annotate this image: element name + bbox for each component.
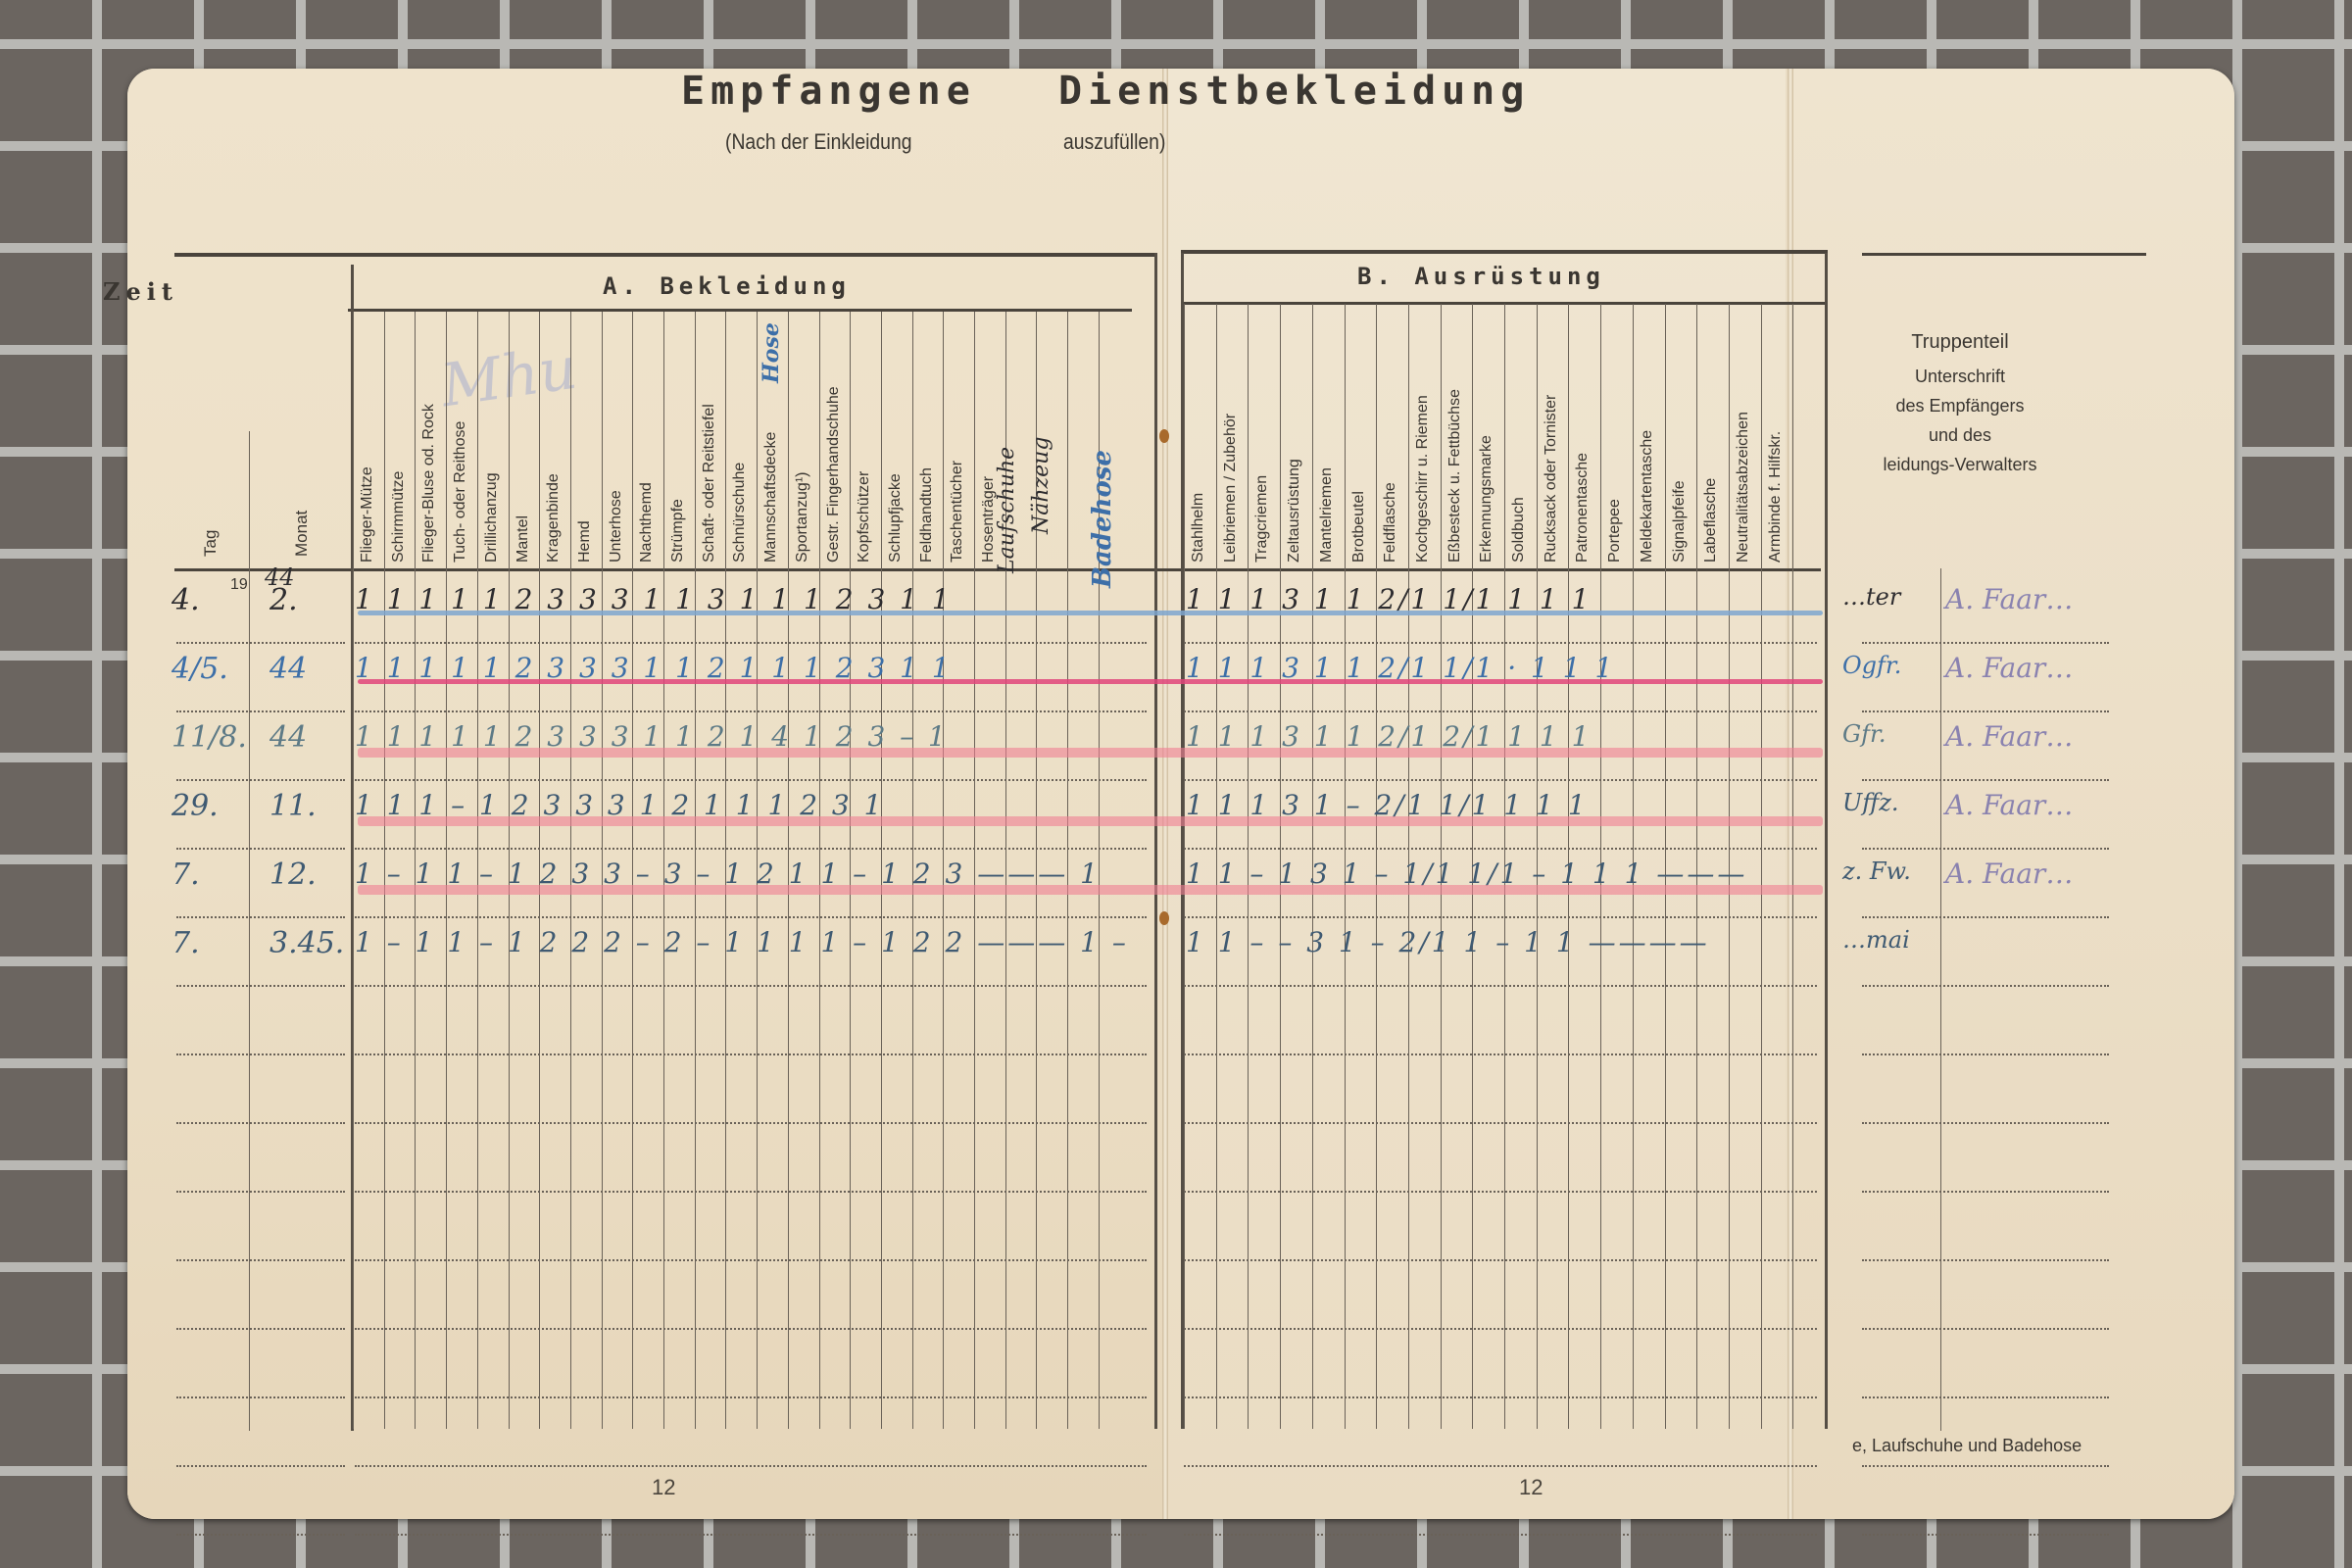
column-header-a: Feldhandtuch [918,467,936,563]
column-header-b: Signalpfeife [1671,480,1689,563]
dotted-rule [176,848,345,850]
entry-tag: 7. [171,857,200,892]
footnote: e, Laufschuhe und Badehose [1852,1436,2082,1456]
verwalter-label: leidungs-Verwalters [1837,450,2082,479]
column-header-a: Sportanzug¹) [794,472,811,563]
table-top-rule-left [174,253,1154,257]
handwritten-hose: Hose [759,322,784,383]
section-b-right-border [1825,253,1828,1429]
dotted-rule [355,779,1147,781]
entry-truppenteil: …mai [1842,926,1910,954]
tag-header: Tag [201,530,220,557]
column-header-a: Kopfschützer [856,471,873,563]
column-header-b: Meldekartentasche [1639,430,1656,563]
entry-monat: 44 [269,720,307,755]
entry-signature: A. Faar… [1945,720,2073,753]
column-header-b: Soldbuch [1510,497,1528,563]
table-top-rule-right [1181,250,1828,254]
entry-truppenteil: Ogfr. [1842,652,1901,679]
dotted-rule [176,1191,345,1193]
dotted-rule [355,1053,1147,1055]
column-header-a: Hemd [576,520,594,563]
dotted-rule [1862,1328,2109,1330]
dotted-rule [355,1396,1147,1398]
dotted-rule [1862,985,2109,987]
column-header-b: Stahlhelm [1190,493,1207,563]
column-header-a: Drillichanzug [483,472,501,563]
column-header-a: Flieger-Mütze [359,466,376,563]
column-header-a: Mantel [514,515,532,563]
dotted-rule [1184,1465,1817,1467]
entry-monat: 44 [269,652,307,686]
dotted-rule [1862,848,2109,850]
dotted-rule [355,710,1147,712]
dotted-rule [1862,1191,2109,1193]
page-number-right: 12 [1519,1475,1543,1500]
strike-through-line [358,611,1823,615]
entry-signature: A. Faar… [1945,652,2073,684]
dotted-rule [176,779,345,781]
entry-truppenteil: Gfr. [1842,720,1886,748]
column-header-b: Armbinde f. Hilfskr. [1767,431,1785,563]
column-header-b: Labeflasche [1702,478,1720,563]
dotted-rule [1862,1465,2109,1467]
year-prefix: 19 [230,576,248,594]
dotted-rule [355,916,1147,918]
entry-signature: A. Faar… [1945,583,2073,615]
entry-truppenteil: Uffz. [1842,789,1899,816]
zeit-header: Zeit [103,277,178,306]
dotted-rule [1862,1534,2109,1536]
column-header-a: Tuch- oder Reithose [452,421,469,563]
unterschrift-label: Unterschrift [1837,362,2082,391]
tag-monat-divider [249,431,250,1431]
dotted-rule [1184,642,1817,644]
dotted-rule [355,1122,1147,1124]
subtitle-right: auszufüllen) [1063,129,1165,155]
column-header-a: Schirmmütze [390,471,408,563]
dotted-rule [176,1534,345,1536]
entry-monat: 2. [269,583,298,617]
column-header-a: Kragenbinde [545,473,563,563]
entry-monat: 3.45. [269,926,344,960]
dotted-rule [1862,916,2109,918]
staple-top [1159,429,1169,443]
dotted-rule [1862,642,2109,644]
column-header-b: Kochgeschirr u. Riemen [1414,395,1432,563]
strike-through-line [358,748,1823,758]
column-header-a: Schnürschuhe [731,463,749,563]
dotted-rule [355,985,1147,987]
strike-through-line [358,885,1823,895]
dotted-rule [1184,916,1817,918]
column-header-a: Flieger-Bluse od. Rock [420,404,438,563]
entry-tag: 29. [171,789,219,823]
column-header-b: Portepee [1606,499,1624,563]
truppenteil-label: Truppenteil [1837,331,2082,354]
dotted-rule [1862,1053,2109,1055]
dotted-rule [176,1122,345,1124]
entry-monat: 11. [269,789,317,823]
section-a-rule [348,309,1132,312]
dotted-rule [176,1259,345,1261]
dotted-rule [1862,710,2109,712]
column-header-b: Feldflasche [1382,482,1399,563]
title-right: Dienstbekleidung [1058,69,1530,114]
column-header-b: Eßbesteck u. Fettbüchse [1446,389,1464,563]
dotted-rule [176,1465,345,1467]
empfaenger-label: des Empfängers [1837,391,2082,420]
dotted-rule [1184,710,1817,712]
dotted-rule [355,1191,1147,1193]
entry-tag: 11/8. [171,720,247,755]
column-header-b: Rucksack oder Tornister [1543,395,1560,563]
dotted-rule [355,1259,1147,1261]
column-header-a: Schaft- oder Reitstiefel [701,404,718,563]
dotted-rule [355,1465,1147,1467]
signature-header: Truppenteil Unterschrift des Empfängers … [1837,331,2082,479]
dotted-rule [176,985,345,987]
dotted-rule [1184,985,1817,987]
dotted-rule [1862,779,2109,781]
dotted-rule [355,848,1147,850]
dotted-rule [355,1328,1147,1330]
dotted-rule [1184,1053,1817,1055]
table-top-rule-flap [1862,253,2146,256]
column-header-a: Nachthemd [638,482,656,563]
column-header-a: Taschentücher [949,461,966,563]
dotted-rule [1184,1328,1817,1330]
und-des-label: und des [1837,420,2082,450]
dotted-rule [1862,1122,2109,1124]
handwritten-naehzeug: Nähzeug [1029,437,1053,534]
entry-tag: 7. [171,926,200,960]
column-header-a: Schlupfjacke [887,473,905,563]
column-rule-a [353,312,354,1429]
flap-divider [1940,568,1941,1431]
subtitle-left: (Nach der Einkleidung [725,129,911,155]
entry-section-a-values: 1 – 1 1 – 1 2 2 2 – 2 – 1 1 1 1 – 1 2 2 … [355,926,1129,958]
column-header-a: Mannschaftsdecke [762,432,780,563]
dotted-rule [1184,779,1817,781]
entry-section-b-values: 1 1 – – 3 1 – 2/1 1 – 1 1 ———— [1186,926,1710,958]
entry-truppenteil: …ter [1842,583,1900,611]
dotted-rule [176,1328,345,1330]
entry-tag: 4/5. [171,652,228,686]
dotted-rule [176,1053,345,1055]
dotted-rule [1184,1191,1817,1193]
title-left: Empfangene [681,69,976,114]
staple-bottom [1159,911,1169,925]
dotted-rule [176,1396,345,1398]
page-number-left: 12 [652,1475,675,1500]
section-a-right-border [1154,253,1157,1429]
dotted-rule [355,1534,1147,1536]
entry-monat: 12. [269,857,317,892]
handwritten-laufschuhe: Laufschuhe [995,447,1019,573]
column-header-b: Neutralitätsabzeichen [1735,412,1752,563]
dotted-rule [1184,1534,1817,1536]
column-header-b: Mantelriemen [1318,467,1336,563]
column-header-a: Gestr. Fingerhandschuhe [825,386,843,563]
strike-through-line [358,679,1823,684]
column-header-a: Unterhose [608,490,625,563]
dotted-rule [1184,848,1817,850]
column-header-a: Strümpfe [669,499,687,563]
dotted-rule [176,710,345,712]
dotted-rule [1862,1259,2109,1261]
handwritten-badehose: Badehose [1088,450,1117,588]
entry-truppenteil: z. Fw. [1842,857,1911,885]
section-b-label: B. Ausrüstung [1357,263,1605,290]
book-fold [1162,69,1168,1519]
column-header-b: Leibriemen / Zubehör [1222,414,1240,563]
dotted-rule [1184,1396,1817,1398]
column-header-b: Zeltausrüstung [1286,459,1303,563]
column-header-b: Tragcriemen [1253,475,1271,563]
column-header-b: Patronentasche [1574,453,1592,563]
section-a-label: A. Bekleidung [603,272,851,300]
dotted-rule [1184,1122,1817,1124]
entry-signature: A. Faar… [1945,789,2073,821]
column-header-b: Erkennungsmarke [1478,435,1495,563]
dotted-rule [355,642,1147,644]
column-header-b: Brotbeutel [1350,491,1368,563]
dotted-rule [1862,1396,2109,1398]
dotted-rule [176,916,345,918]
dotted-rule [176,642,345,644]
monat-header: Monat [292,511,312,557]
strike-through-line [358,816,1823,826]
entry-tag: 4. [171,583,200,617]
entry-signature: A. Faar… [1945,857,2073,890]
dotted-rule [1184,1259,1817,1261]
